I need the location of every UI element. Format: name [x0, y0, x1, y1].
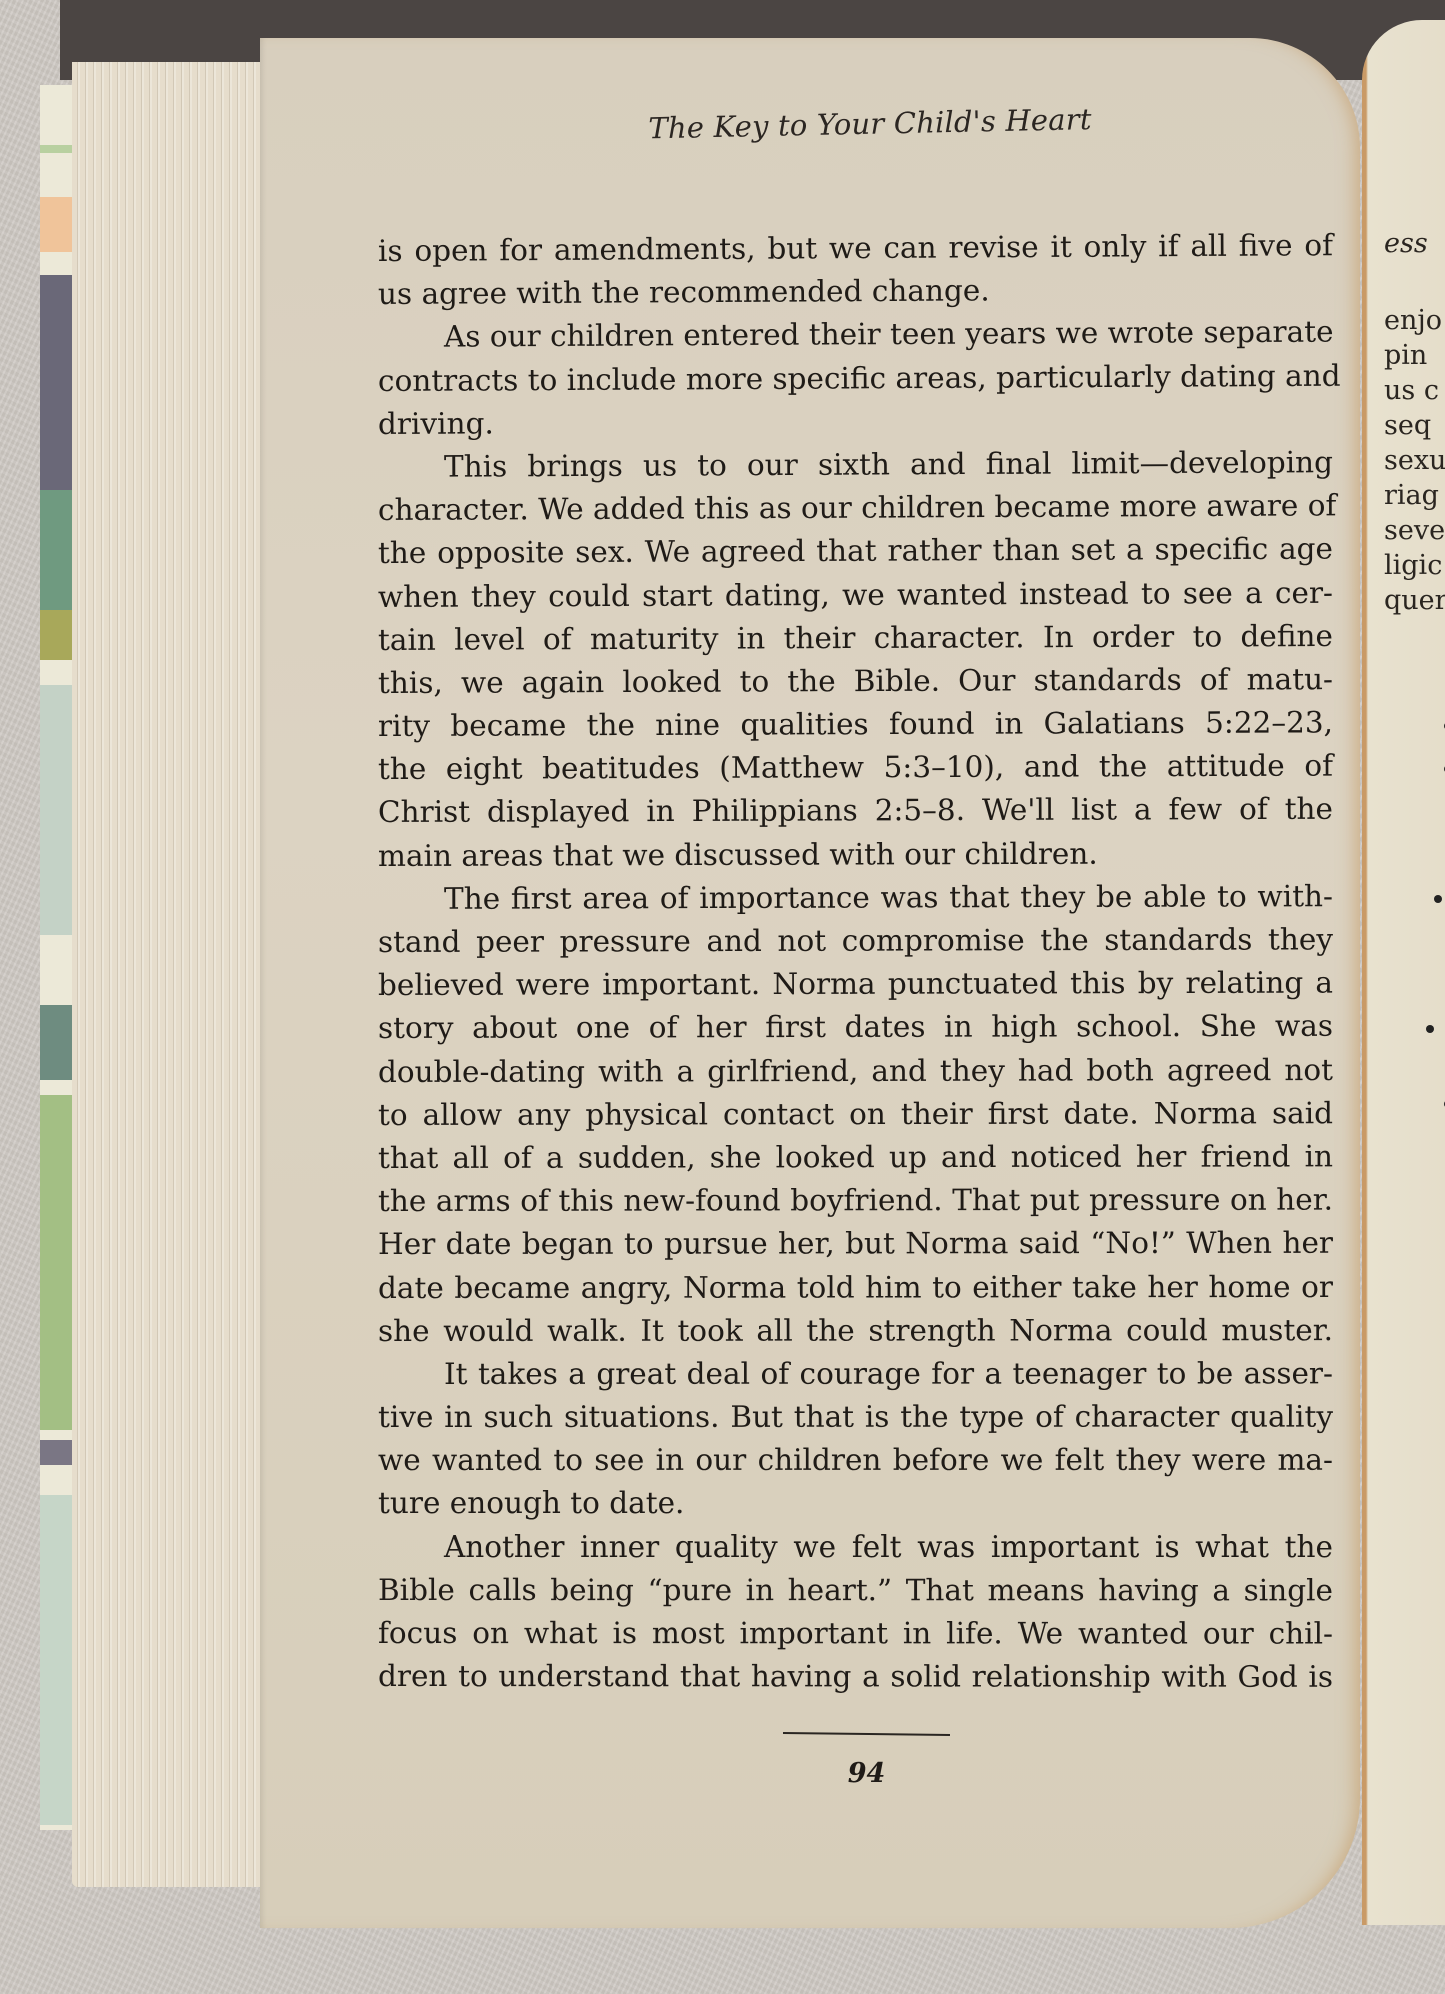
- text-line: she would walk. It took all the strength…: [378, 1309, 1333, 1353]
- text-line: main areas that we discussed with our ch…: [378, 832, 1333, 878]
- running-head: The Key to Your Child's Heart: [260, 96, 1360, 153]
- text-line: we wanted to see in our children before …: [378, 1439, 1333, 1482]
- book-page: The Key to Your Child's Heart is open fo…: [260, 38, 1360, 1928]
- bullet-icon: [1426, 1025, 1434, 1033]
- text-line: dren to understand that having a solid r…: [378, 1655, 1333, 1699]
- text-line: believed were important. Norma punctuate…: [378, 962, 1333, 1008]
- facing-page-fragment: us c: [1384, 375, 1439, 406]
- text-line: the arms of this new-found boyfriend. Th…: [378, 1179, 1333, 1224]
- text-line: story about one of her first dates in hi…: [378, 1005, 1333, 1050]
- page-number: 94: [783, 1758, 950, 1789]
- page-fore-edge-stack: [72, 62, 267, 1887]
- facing-page-fragment: pin: [1384, 340, 1427, 371]
- text-line: rity became the nine qualities found in …: [378, 701, 1333, 748]
- text-line: tive in such situations. But that is the…: [378, 1396, 1333, 1440]
- text-line: to allow any physical contact on their f…: [378, 1092, 1333, 1137]
- text-line: Her date began to pursue her, but Norma …: [378, 1222, 1333, 1266]
- bullet-icon: [1434, 895, 1442, 903]
- text-line: is open for amendments, but we can revis…: [378, 224, 1333, 273]
- text-line: us agree with the recommended change.: [378, 268, 1333, 317]
- text-line: the opposite sex. We agreed that rather …: [378, 528, 1333, 576]
- text-line: this, we again looked to the Bible. Our …: [378, 658, 1333, 705]
- text-line: tain level of maturity in their characte…: [378, 615, 1333, 662]
- text-line: when they could start dating, we wanted …: [378, 571, 1333, 618]
- text-line: date became angry, Norma told him to eit…: [378, 1265, 1333, 1309]
- text-line: ture enough to date.: [378, 1482, 1333, 1525]
- facing-page-fragment: quer: [1384, 585, 1445, 616]
- facing-page: ess enjo pin us c seq sexu riag seve lig…: [1362, 20, 1445, 1925]
- text-line: It takes a great deal of courage for a t…: [378, 1352, 1333, 1396]
- text-line: the eight beatitudes (Matthew 5:3–10), a…: [378, 745, 1333, 792]
- text-line: that all of a sudden, she looked up and …: [378, 1135, 1333, 1180]
- text-line: The first area of importance was that th…: [378, 875, 1333, 921]
- text-line: focus on what is most important in life.…: [378, 1612, 1333, 1656]
- facing-page-fragment: ess: [1384, 228, 1428, 259]
- text-line: Another inner quality we felt was import…: [378, 1526, 1333, 1569]
- facing-page-fragment: riag: [1384, 480, 1439, 511]
- facing-page-fragment: ligic: [1384, 550, 1442, 581]
- text-line: Christ displayed in Philippians 2:5–8. W…: [378, 788, 1333, 834]
- body-text: is open for amendments, but we can revis…: [378, 230, 1333, 1698]
- facing-page-fragment: seq: [1384, 410, 1431, 441]
- facing-page-fragment: sexu: [1384, 445, 1445, 476]
- text-line: contracts to include more specific areas…: [378, 354, 1333, 402]
- text-line: This brings us to our sixth and final li…: [378, 441, 1333, 489]
- footer-rule: [783, 1732, 950, 1736]
- text-line: double-dating with a girlfriend, and the…: [378, 1049, 1333, 1094]
- facing-page-fragment: seve: [1384, 515, 1445, 546]
- facing-page-fragment: enjo: [1384, 305, 1442, 336]
- text-line: stand peer pressure and not compromise t…: [378, 918, 1333, 964]
- text-line: As our children entered their teen years…: [378, 311, 1333, 360]
- text-line: character. We added this as our children…: [378, 484, 1333, 532]
- text-line: driving.: [378, 398, 1333, 446]
- text-line: Bible calls being “pure in heart.” That …: [378, 1569, 1333, 1613]
